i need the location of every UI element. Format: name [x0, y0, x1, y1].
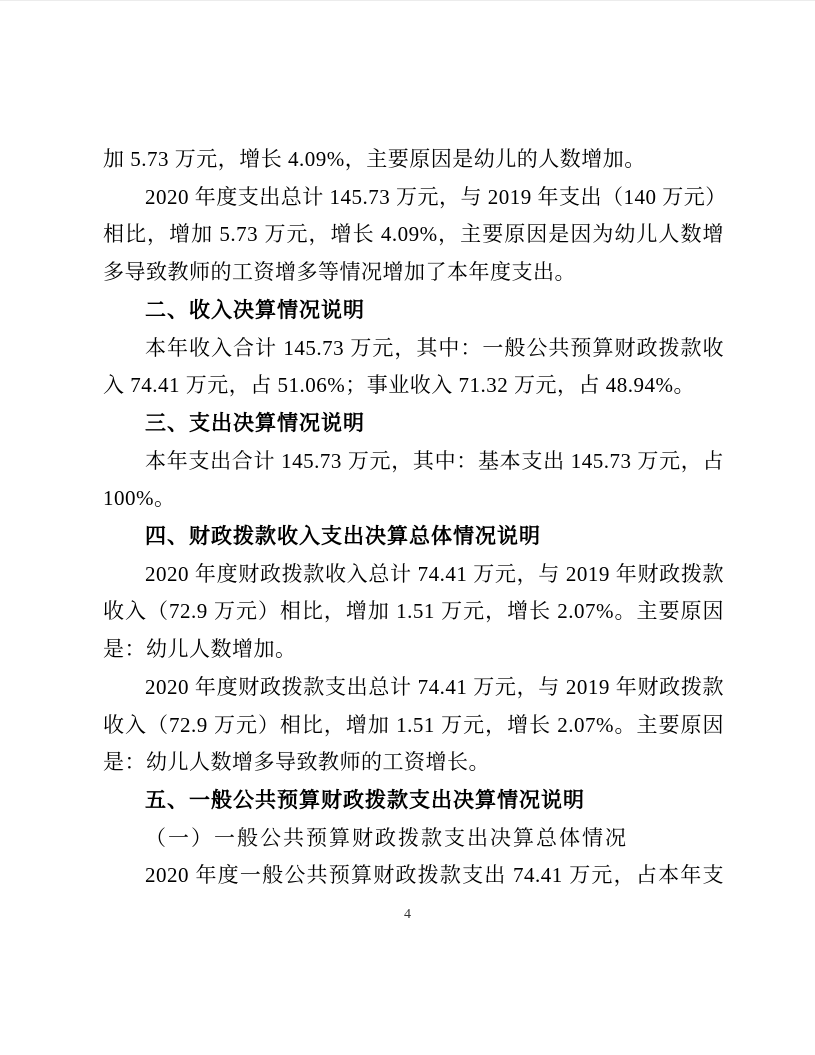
text-line: 本年支出合计 145.73 万元，其中：基本支出 145.73 万元，占	[103, 443, 724, 481]
text-line: 收入（72.9 万元）相比，增加 1.51 万元，增长 2.07%。主要原因	[103, 593, 724, 631]
section-heading-income: 二、收入决算情况说明	[103, 292, 724, 330]
subsection-heading: （一）一般公共预算财政拨款支出决算总体情况	[103, 820, 724, 858]
text-line: 本年收入合计 145.73 万元，其中：一般公共预算财政拨款收	[103, 330, 724, 368]
text-line: 是：幼儿人数增多导致教师的工资增长。	[103, 744, 724, 782]
text-line: 是：幼儿人数增加。	[103, 631, 724, 669]
section-heading-expenditure: 三、支出决算情况说明	[103, 405, 724, 443]
text-line: 2020 年度一般公共预算财政拨款支出 74.41 万元，占本年支	[103, 857, 724, 895]
text-line: 加 5.73 万元，增长 4.09%，主要原因是幼儿的人数增加。	[103, 141, 724, 179]
page-body: 加 5.73 万元，增长 4.09%，主要原因是幼儿的人数增加。 2020 年度…	[103, 141, 724, 895]
section-heading-fiscal-appropriation: 四、财政拨款收入支出决算总体情况说明	[103, 518, 724, 556]
text-line: 收入（72.9 万元）相比，增加 1.51 万元，增长 2.07%。主要原因	[103, 707, 724, 745]
text-line: 2020 年度支出总计 145.73 万元，与 2019 年支出（140 万元）	[103, 179, 724, 217]
text-line: 100%。	[103, 480, 724, 518]
text-line: 2020 年度财政拨款支出总计 74.41 万元，与 2019 年财政拨款	[103, 669, 724, 707]
text-line: 2020 年度财政拨款收入总计 74.41 万元，与 2019 年财政拨款	[103, 556, 724, 594]
text-line: 相比，增加 5.73 万元，增长 4.09%，主要原因是因为幼儿人数增	[103, 216, 724, 254]
page-number: 4	[0, 907, 815, 923]
document-page: 加 5.73 万元，增长 4.09%，主要原因是幼儿的人数增加。 2020 年度…	[0, 0, 815, 1055]
text-line: 入 74.41 万元，占 51.06%；事业收入 71.32 万元，占 48.9…	[103, 367, 724, 405]
section-heading-public-budget: 五、一般公共预算财政拨款支出决算情况说明	[103, 782, 724, 820]
text-line: 多导致教师的工资增多等情况增加了本年度支出。	[103, 254, 724, 292]
